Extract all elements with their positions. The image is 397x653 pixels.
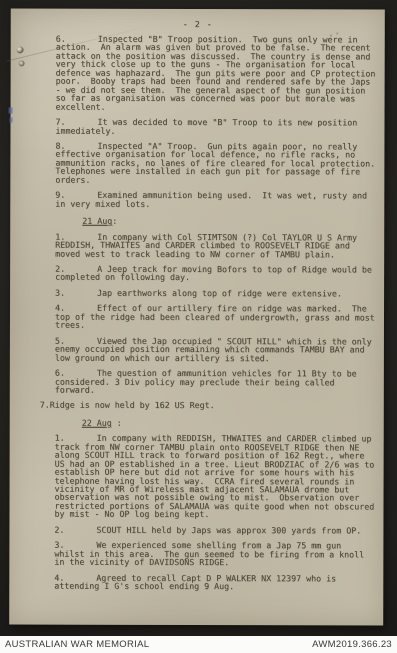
paragraph-text: Inspected "A" Troop. Gun pits again poor…: [55, 141, 380, 185]
paragraph: 7.It was decided to move "B" Troop to it…: [55, 118, 376, 136]
paragraph-text: The question of ammunition vehicles for …: [55, 368, 362, 395]
paragraph: 8.Inspected "A" Troop. Gun pits again po…: [55, 142, 376, 185]
date-heading-colon: :: [112, 418, 122, 428]
document-page: - 2 - 6.Inspected "B" Troop position. Tw…: [9, 9, 385, 626]
paragraph-number: 2.: [54, 525, 96, 534]
paragraph: 4.Effect of our artillery fire on ridge …: [55, 304, 376, 330]
blue-pencil-mark: [9, 108, 13, 114]
paragraph: 3.Jap earthworks along top of ridge were…: [55, 289, 376, 298]
paragraph-text: Inspected "B" Troop position. Two guns o…: [56, 34, 381, 112]
paragraph-text: Agreed to recall Capt D P WALKER NX 1239…: [54, 572, 341, 591]
digitisation-footer: AUSTRALIAN WAR MEMORIAL AWM2019.366.23: [0, 636, 397, 653]
paragraph-text: Jap earthworks along top of ridge were e…: [97, 288, 342, 299]
paragraph: 4.Agreed to recall Capt D P WALKER NX 12…: [54, 573, 375, 591]
staple-mark: [17, 47, 24, 54]
paragraph-text: It was decided to move "B" Troop to its …: [55, 117, 362, 136]
paragraph-number: 3.: [55, 289, 97, 298]
paragraph: 2.SCOUT HILL held by Japs was approx 300…: [54, 525, 375, 534]
paragraph: 6.The question of ammunition vehicles fo…: [55, 369, 376, 395]
paragraph: 2.A Jeep track for moving Bofors to top …: [55, 265, 376, 283]
paragraph-text: We experienced some shelling from a Jap …: [54, 540, 369, 567]
paragraph: 9.Examined ammunition being used. It was…: [55, 191, 376, 209]
paragraph-text: In company with Col STIMTSON (?) Col TAY…: [55, 231, 362, 259]
date-heading-colon: :: [112, 216, 117, 226]
date-heading-label: 21 Aug: [82, 216, 112, 226]
blue-pencil-mark: [10, 118, 13, 123]
photo-background: - 2 - 6.Inspected "B" Troop position. Tw…: [0, 0, 397, 653]
paragraph: 1.In company with REDDISH, THWAITES and …: [54, 434, 375, 519]
date-heading-22-aug: 22 Aug :: [82, 419, 376, 428]
margin-note-text: 7.Ridge is now held by 162 US Regt.: [40, 400, 215, 410]
paragraph: 1.In company with Col STIMTSON (?) Col T…: [55, 232, 376, 258]
awm-watermark: AUSTRALIAN WAR MEMORIAL: [5, 639, 149, 650]
date-heading-label: 22 Aug: [82, 418, 112, 428]
paragraph: 3.We experienced some shelling from a Ja…: [54, 541, 375, 567]
document-text: 6.Inspected "B" Troop position. Two guns…: [54, 35, 376, 598]
page-number: - 2 -: [11, 19, 385, 30]
archive-reference: AWM2019.366.23: [312, 639, 392, 650]
paragraph-text: Effect of our artillery fire on ridge wa…: [55, 303, 380, 330]
paragraph-text: SCOUT HILL held by Japs was approx 300 y…: [96, 525, 361, 536]
paragraph-text: In company with REDDISH, THWAITES and CA…: [54, 433, 379, 519]
date-heading-21-aug: 21 Aug:: [82, 217, 376, 226]
margin-note: 7.Ridge is now held by 162 US Regt.: [40, 401, 376, 410]
paragraph: 5.Viewed the Jap occupied " SCOUT HILL" …: [55, 336, 376, 362]
staple-mark: [19, 61, 25, 67]
paragraph-text: Viewed the Jap occupied " SCOUT HILL" wh…: [55, 335, 377, 362]
paragraph-text: A Jeep track for moving Bofors to top of…: [55, 264, 377, 283]
paragraph-text: Examined ammunition being used. It was w…: [55, 190, 372, 209]
paragraph: 6.Inspected "B" Troop position. Two guns…: [56, 35, 377, 112]
